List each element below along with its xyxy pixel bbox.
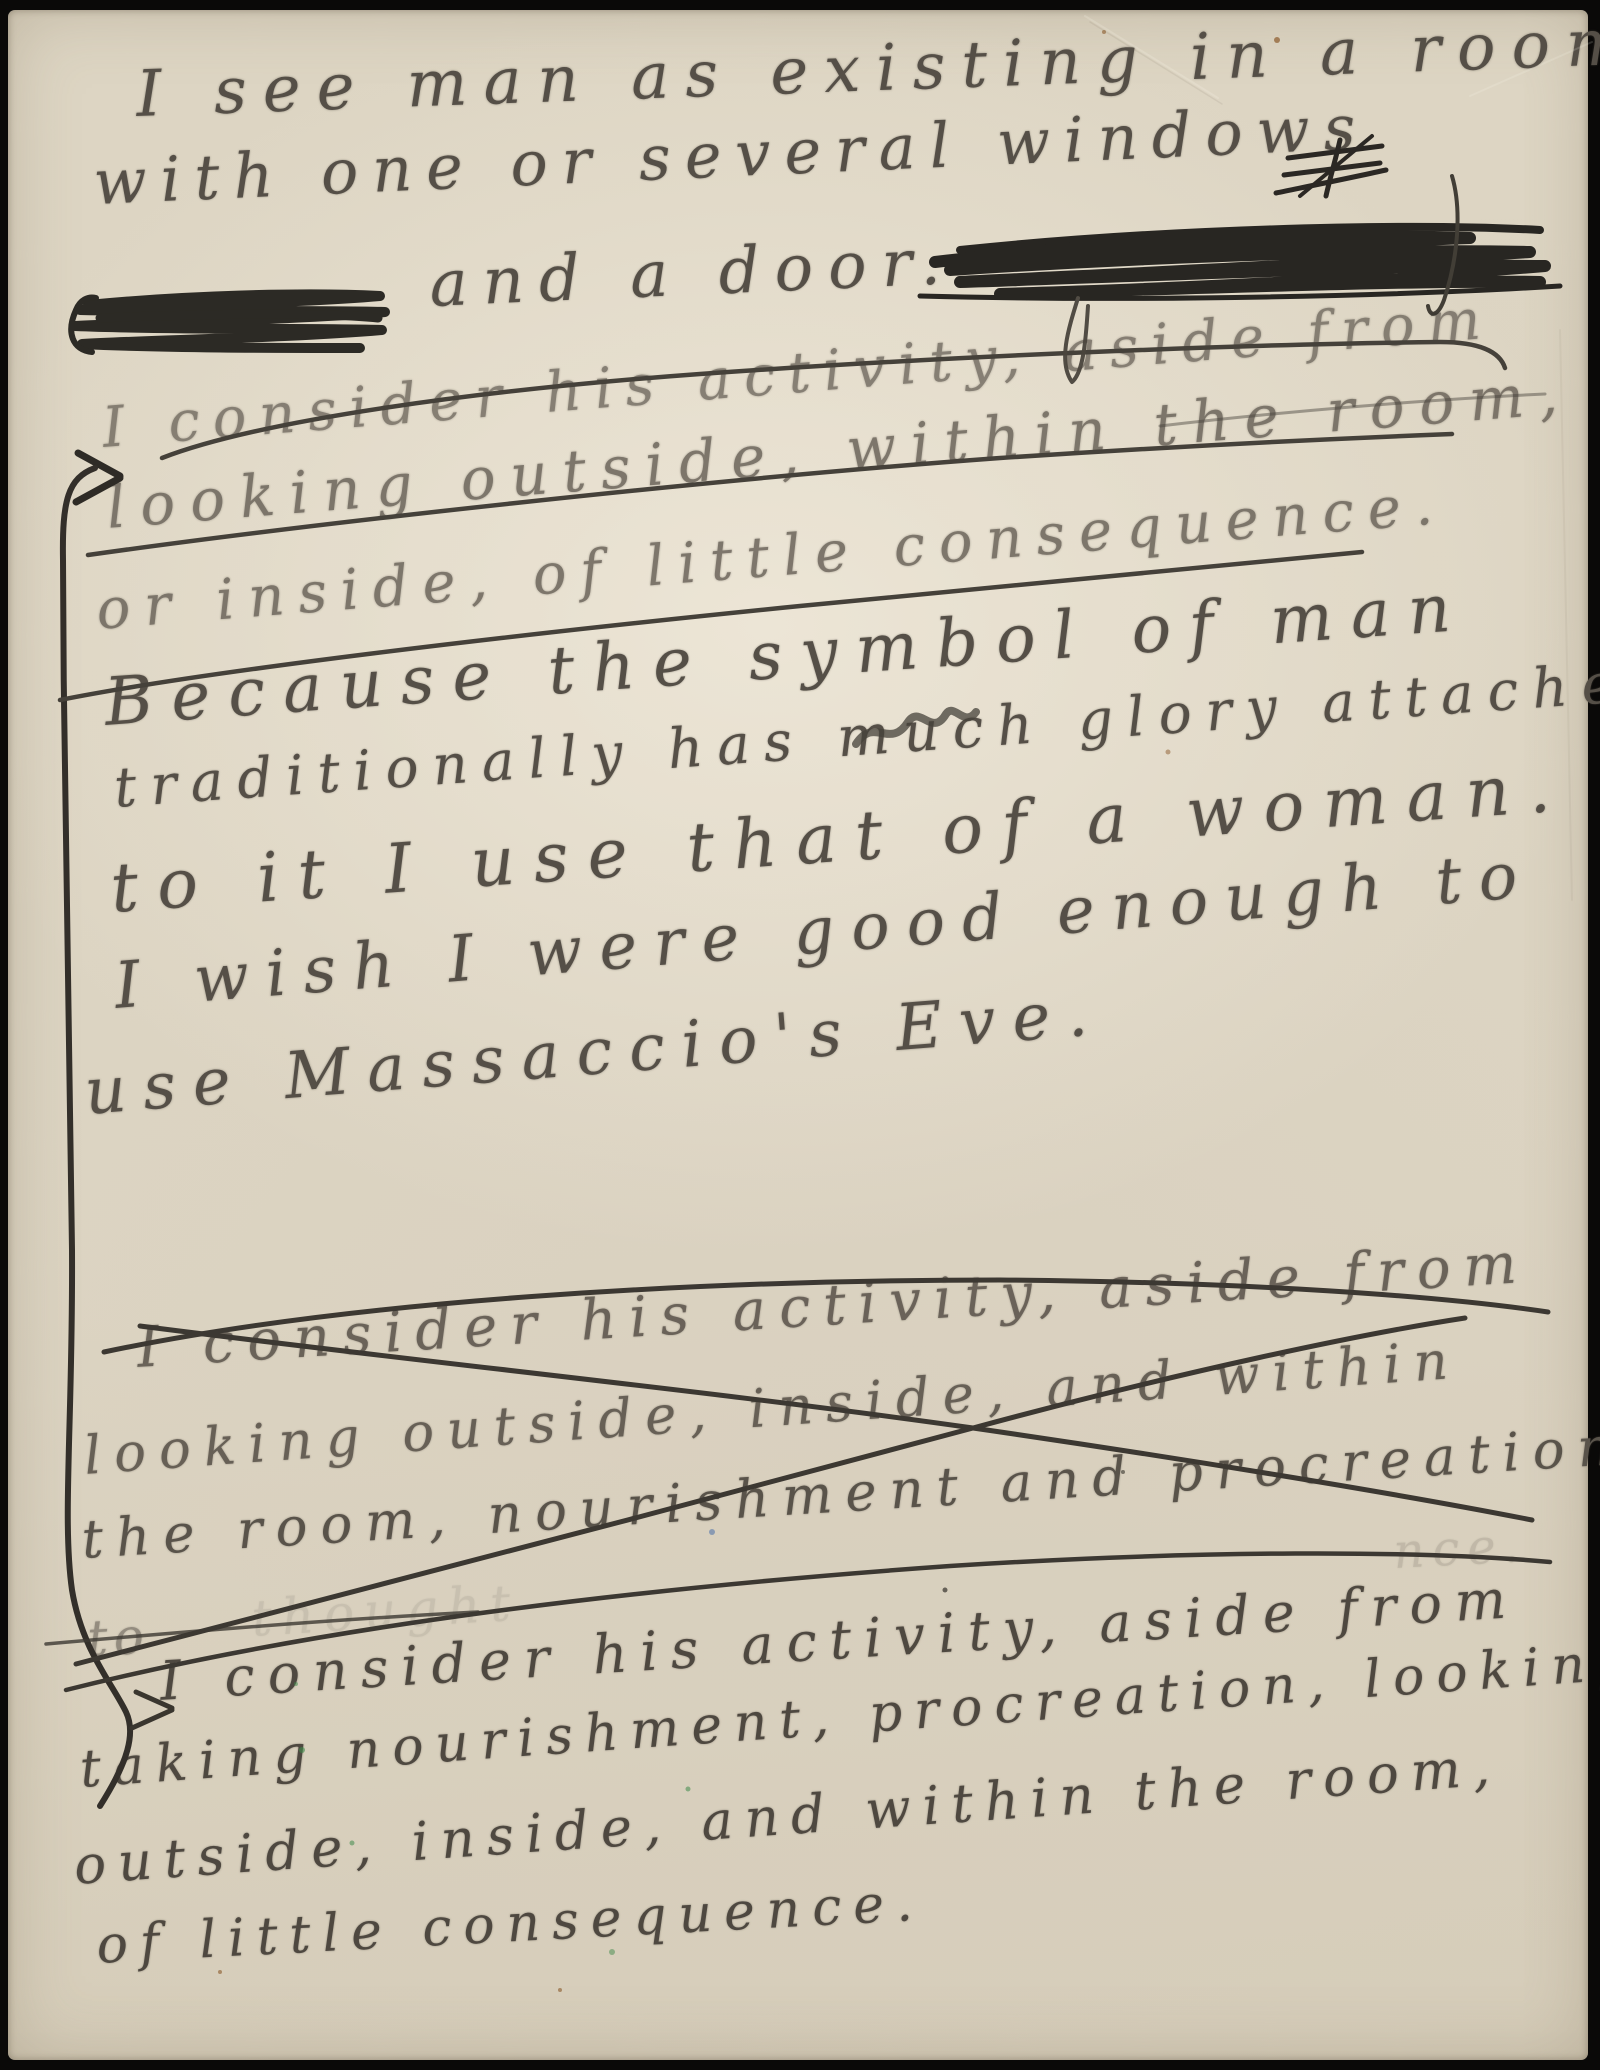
cross-out-lower-arc [66, 1553, 1550, 1690]
cross-out-descending-stroke [140, 1326, 1532, 1520]
strikethrough-paragraph-1 [60, 342, 1545, 700]
heavy-scribble-left [71, 294, 385, 352]
small-scribble-after-windows [1276, 136, 1386, 196]
cross-out-x [46, 1280, 1550, 1690]
scribble-descender-loop [1065, 298, 1088, 382]
manuscript-photo: thought nce. I see man as existing in a … [0, 0, 1600, 2070]
left-margin-bracket [63, 468, 130, 1806]
strike-line-4-echo [1160, 394, 1545, 426]
strike-line-5 [88, 434, 1452, 555]
overwrite-on-much [856, 711, 976, 744]
cross-out-rising-stroke [76, 1318, 1465, 1664]
insertion-arrow-lower-icon [132, 1692, 172, 1728]
pencil-marks-layer [0, 0, 1600, 2070]
strike-line-6 [60, 552, 1362, 700]
paper-specks [218, 30, 1280, 1992]
heavy-scribble-right [920, 176, 1560, 382]
